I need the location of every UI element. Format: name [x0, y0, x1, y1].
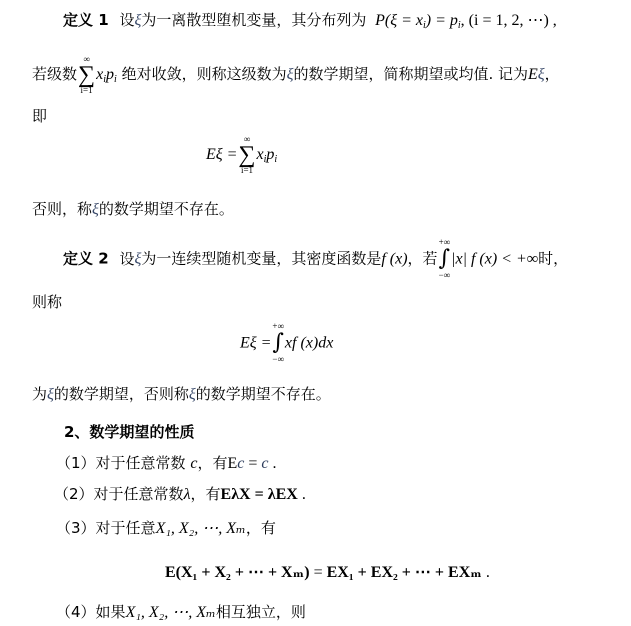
- text: 否则，称: [32, 200, 92, 218]
- property-2: （2）对于任意常数λ，有EλX = λEX .: [54, 484, 306, 505]
- integrand: |x| f (x) < +∞: [451, 251, 538, 268]
- text: 的数学期望不存在。: [196, 385, 331, 403]
- properties-heading: 2、数学期望的性质: [64, 422, 194, 442]
- summation: ∞∑i=1: [78, 55, 95, 95]
- text: 即: [32, 107, 47, 125]
- text: 若级数: [32, 65, 77, 83]
- definition2-line2: 则称: [32, 292, 62, 312]
- text: 设: [119, 250, 134, 268]
- property-3: （3）对于任意X₁, X₂, ⋯, Xₘ，有: [56, 518, 276, 539]
- text: 对于任意常数: [94, 485, 184, 503]
- e-symbol: E: [528, 66, 538, 83]
- integral: +∞∫−∞: [439, 238, 451, 280]
- definition2-formula: Eξ =+∞∫−∞xf (x)dx: [240, 322, 333, 364]
- var-lambda: λ: [184, 486, 191, 503]
- text: 设: [119, 11, 134, 29]
- text: 为一连续型随机变量，其密度函数是: [141, 250, 381, 268]
- integrand: xf (x)dx: [285, 335, 333, 352]
- text: 对于任意: [96, 519, 156, 537]
- xi-symbol: ξ: [47, 386, 54, 403]
- item-number: （4）: [56, 603, 96, 621]
- text: 对于任意常数: [96, 454, 186, 472]
- text: 绝对收敛，则称这级数为: [122, 65, 287, 83]
- period: .: [482, 564, 490, 581]
- item-number: （3）: [56, 519, 96, 537]
- section-title: 2、数学期望的性质: [64, 423, 194, 441]
- xi-symbol: ξ: [189, 386, 196, 403]
- text: ，有: [246, 519, 276, 537]
- definition1-else: 否则，称ξ的数学期望不存在。: [32, 199, 234, 220]
- density-function: f (x): [381, 251, 407, 268]
- text: 为一离散型堕机变量，其分布列为: [141, 11, 366, 29]
- distribution-formula: P(ξ = xi) = pi, (i = 1, 2, ⋯) ,: [375, 12, 557, 29]
- formula-lhs: E(X₁ + X₂ + ⋯ + Xₘ): [165, 564, 310, 581]
- text: 时，: [538, 250, 568, 268]
- summation: ∞∑i=1: [238, 135, 255, 175]
- text: 的数学期望，简称期望或均值. 记为: [293, 65, 528, 83]
- text: 如果: [96, 603, 126, 621]
- formula-lhs: Eξ =: [206, 146, 237, 163]
- definition1-label: 定义 1: [63, 11, 109, 29]
- definition1-formula: Eξ =∞∑i=1xipi: [206, 134, 277, 175]
- xi-symbol: ξ: [92, 201, 99, 218]
- text: 相互独立，则: [216, 603, 306, 621]
- text: ，有: [191, 485, 221, 503]
- equals: =: [310, 564, 327, 581]
- text: 的数学期望不存在。: [99, 200, 234, 218]
- definition1-line1: 定义 1 设ξ为一离散型堕机变量，其分布列为 P(ξ = xi) = pi, (…: [63, 10, 557, 31]
- definition1-line2: 若级数∞∑i=1xipi 绝对收敛，则称这级数为ξ的数学期望，简称期望或均值. …: [32, 54, 560, 95]
- definition2-label: 定义 2: [63, 250, 109, 268]
- property-1: （1）对于任意常数 c，有Ec = c .: [56, 453, 277, 474]
- formula-rhs: EX₁ + EX₂ + ⋯ + EXₘ: [327, 564, 482, 581]
- formula-term: xipi: [257, 146, 278, 163]
- property-4: （4）如果X₁, X₂, ⋯, Xₘ相互独立，则: [56, 602, 306, 623]
- definition2-line1: 定义 2 设ξ为一连续型随机变量，其密度函数是f (x)，若+∞∫−∞|x| f…: [63, 238, 568, 280]
- period: .: [269, 455, 277, 472]
- definition2-conclusion: 为ξ的数学期望，否则称ξ的数学期望不存在。: [32, 384, 331, 405]
- formula-lhs: Eξ =: [240, 335, 271, 352]
- formula: EλX = λEX: [221, 486, 298, 503]
- text: ，有: [197, 454, 227, 472]
- xi-symbol: ξ: [538, 66, 545, 83]
- variables: X₁, X₂, ⋯, Xₘ: [156, 520, 246, 537]
- var-c: c: [261, 455, 268, 472]
- equals: =: [244, 455, 261, 472]
- text: ，: [545, 65, 560, 83]
- item-number: （2）: [54, 485, 94, 503]
- item-number: （1）: [56, 454, 96, 472]
- text: 则称: [32, 293, 62, 311]
- text: 的数学期望，否则称: [54, 385, 189, 403]
- integral: +∞∫−∞: [272, 322, 284, 364]
- text: ，若: [408, 250, 438, 268]
- definition1-line3: 即: [32, 106, 47, 126]
- property-3-formula: E(X₁ + X₂ + ⋯ + Xₘ) = EX₁ + EX₂ + ⋯ + EX…: [165, 562, 490, 583]
- text: 为: [32, 385, 47, 403]
- series-term: xipi: [96, 66, 117, 83]
- period: .: [298, 486, 306, 503]
- variables: X₁, X₂, ⋯, Xₘ: [126, 604, 216, 621]
- e-operator: E: [227, 455, 237, 472]
